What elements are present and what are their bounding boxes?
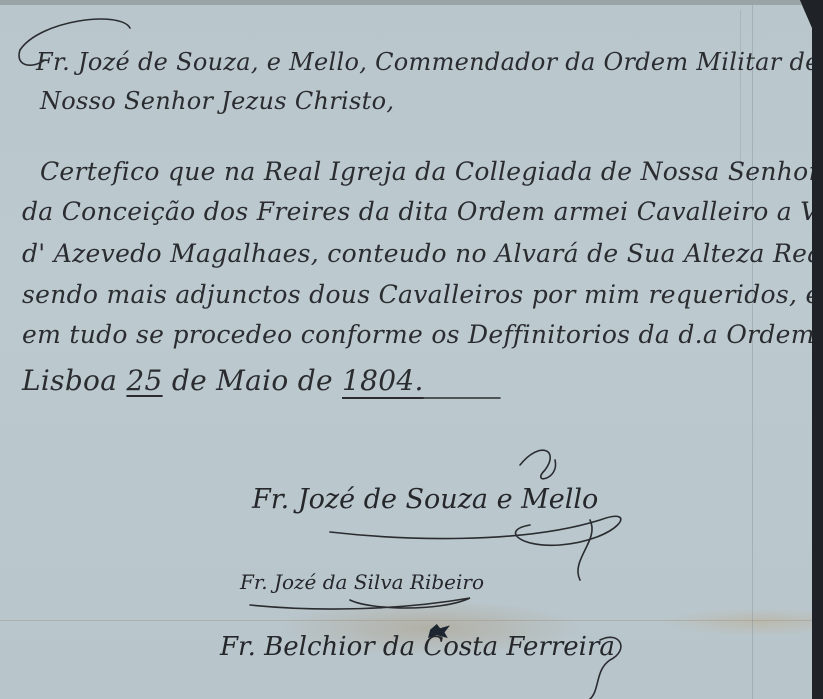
fold-crease-vertical xyxy=(752,5,753,699)
signature-souza-e-mello: Fr. Jozé de Souza e Mello xyxy=(252,484,598,515)
body-line-2: da Conceição dos Freires da dita Ordem a… xyxy=(22,197,823,226)
header-line-2: Nosso Senhor Jezus Christo, xyxy=(40,87,394,115)
dateline-month: de Maio de xyxy=(172,364,333,397)
dateline: Lisboa 25 de Maio de 1804. xyxy=(22,364,424,397)
body-line-5: em tudo se procedeo conforme os Deffinit… xyxy=(22,320,815,349)
paper-top-edge xyxy=(0,0,812,5)
dateline-day: 25 xyxy=(126,364,162,397)
signature-silva-ribeiro: Fr. Jozé da Silva Ribeiro xyxy=(240,570,484,594)
fold-crease-vertical-upper xyxy=(740,10,741,170)
signature-costa-ferreira: Fr. Belchior da Costa Ferreira xyxy=(220,632,615,662)
document-paper: Fr. Jozé de Souza, e Mello, Commendador … xyxy=(0,0,812,699)
fold-crease-horizontal xyxy=(0,620,812,621)
dateline-place: Lisboa xyxy=(22,364,117,397)
body-line-3: d' Azevedo Magalhaes, conteudo no Alvará… xyxy=(22,239,823,268)
body-line-4: sendo mais adjunctos dous Cavalleiros po… xyxy=(22,280,821,309)
dateline-year: 1804. xyxy=(342,364,424,397)
body-line-1: Certefico que na Real Igreja da Collegia… xyxy=(40,157,823,186)
header-line-1: Fr. Jozé de Souza, e Mello, Commendador … xyxy=(36,48,820,76)
